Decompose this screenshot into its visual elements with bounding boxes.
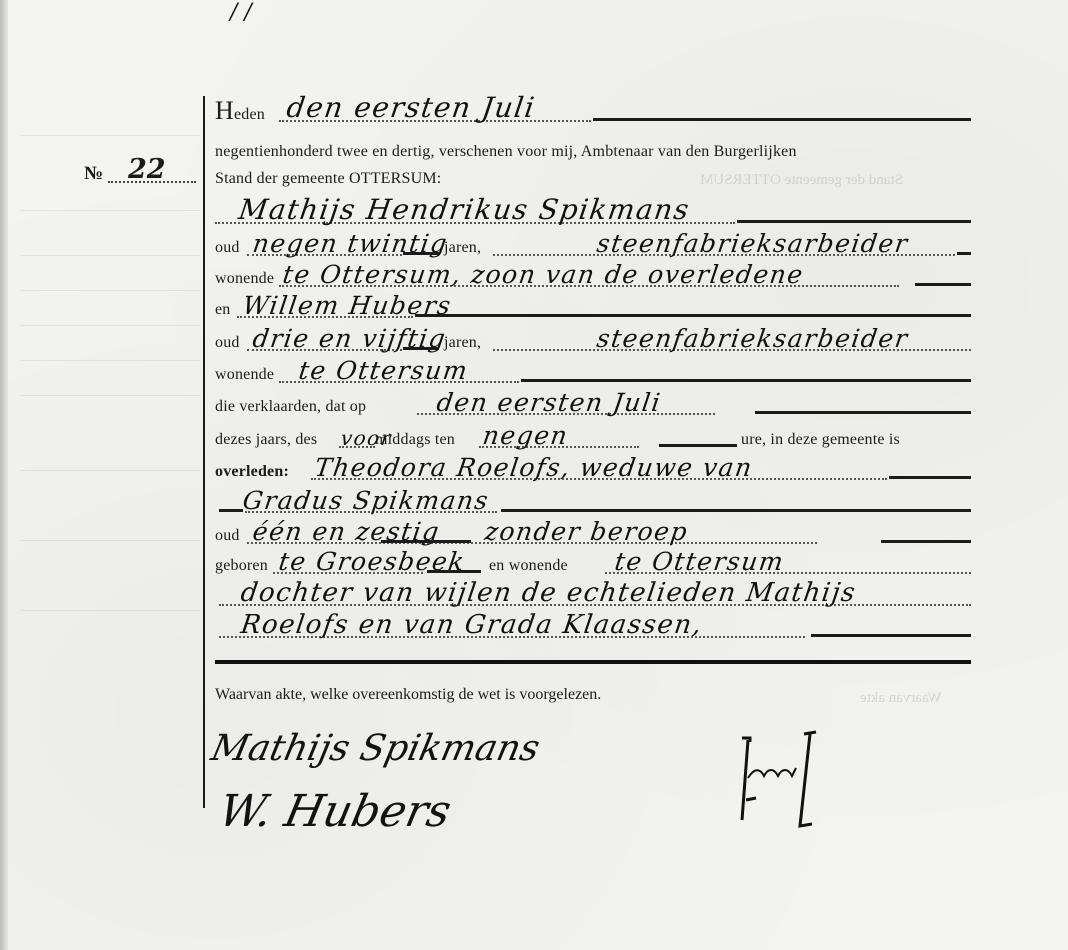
fill-line (219, 509, 243, 512)
margin-rule (203, 96, 205, 808)
printed-text: jaren, (444, 239, 481, 257)
line-parents-2: Roelofs en van Grada Klaassen, (215, 610, 971, 644)
handwritten-hour: negen (481, 421, 570, 450)
printed-text: wonende (215, 366, 274, 384)
fill-line (881, 540, 971, 543)
ghost-line (20, 540, 200, 541)
number-label: № (84, 163, 103, 185)
document-page: Stand der gemeente OTTERSUM Waarvan akte… (0, 0, 1068, 950)
ghost-line (20, 255, 200, 256)
ghost-line (20, 325, 200, 326)
fill-line (915, 283, 971, 286)
fill-line (737, 220, 971, 223)
signature-official: Tonnis (738, 728, 818, 828)
closing-statement: Waarvan akte, welke overeenkomstig de we… (215, 686, 601, 704)
fill-line (957, 252, 971, 255)
dotted-line (108, 181, 196, 183)
line-declared: die verklaarden, dat op den eersten Juli (215, 387, 971, 421)
fill-line (811, 634, 971, 637)
fill-line (659, 444, 737, 447)
handwritten-occupation: steenfabrieksarbeider (595, 324, 910, 353)
printed-text: overleden: (215, 463, 289, 481)
handwritten-occupation: zonder beroep (483, 517, 690, 546)
fill-line (593, 118, 971, 121)
line-age-1: oud negen twintig jaren, steenfabrieksar… (215, 228, 971, 262)
fill-line (501, 509, 971, 512)
top-handwriting-fragment: / / (230, 0, 252, 25)
line-residence-2: wonende te Ottersum (215, 355, 971, 389)
fill-line (521, 379, 971, 382)
fill-line (403, 347, 439, 350)
handwritten-residence: te Ottersum, zoon van de overledene (281, 260, 806, 289)
handwritten-occupation: steenfabrieksarbeider (595, 229, 910, 258)
official-signature-mark (738, 728, 818, 828)
handwritten-name: Mathijs Hendrikus Spikmans (237, 193, 692, 226)
printed-text: jaren, (444, 334, 481, 352)
ghost-line (20, 135, 200, 136)
line-residence-1: wonende te Ottersum, zoon van de overled… (215, 259, 971, 293)
printed-text: oud (215, 527, 240, 545)
handwritten-parents: dochter van wijlen de echtelieden Mathij… (239, 578, 858, 608)
printed-text: oud (215, 239, 240, 257)
printed-text: Stand der gemeente OTTERSUM: (215, 170, 441, 188)
line-deceased: overleden: Theodora Roelofs, weduwe van (215, 452, 971, 486)
line-declarant-1: Mathijs Hendrikus Spikmans (215, 196, 971, 230)
printed-heden: eden (234, 106, 265, 123)
handwritten-deceased-name: Theodora Roelofs, weduwe van (313, 453, 755, 482)
signature-declarant-2: W. Hubers (215, 786, 456, 837)
line-birthplace: geboren te Groesbeek en wonende te Otter… (215, 546, 971, 580)
fill-line (427, 570, 481, 573)
handwritten-residence: te Ottersum (613, 547, 786, 576)
signature-declarant-1: Mathijs Spikmans (208, 728, 544, 769)
handwritten-residence: te Ottersum (297, 356, 470, 385)
line-stand: Stand der gemeente OTTERSUM: (215, 159, 971, 193)
ghost-line (20, 210, 200, 211)
line-heden: Heden den eersten Juli (215, 94, 971, 128)
handwritten-date: den eersten Juli (285, 91, 538, 124)
printed-text: oud (215, 334, 240, 352)
printed-text: en wonende (489, 557, 568, 575)
ghost-line (20, 395, 200, 396)
line-time: dezes jaars, des voor middags ten negen … (215, 420, 971, 454)
handwritten-spouse-name: Gradus Spikmans (241, 486, 491, 515)
printed-text: geboren (215, 557, 268, 575)
line-age-deceased: oud één en zestig zonder beroep (215, 516, 971, 550)
fill-line (415, 314, 971, 317)
fill-line (403, 252, 439, 255)
printed-text: wonende (215, 270, 274, 288)
line-declarant-2: en Willem Hubers (215, 290, 971, 324)
ghost-line (20, 610, 200, 611)
printed-text: middags ten (375, 431, 455, 449)
printed-text: en (215, 301, 231, 319)
ghost-line (20, 360, 200, 361)
printed-text: ure, in deze gemeente is (741, 431, 900, 449)
line-age-2: oud drie en vijftig jaren, steenfabrieks… (215, 323, 971, 357)
printed-text: Heden (215, 96, 265, 126)
fill-line (889, 476, 971, 479)
line-parents-1: dochter van wijlen de echtelieden Mathij… (215, 578, 971, 612)
page-edge (0, 0, 8, 950)
printed-text: dezes jaars, des (215, 431, 317, 449)
ghost-text: Waarvan akte (860, 690, 942, 707)
closing-rule (215, 660, 971, 664)
ghost-line (20, 290, 200, 291)
fill-line (755, 411, 971, 414)
ghost-line (20, 470, 200, 471)
handwritten-parents: Roelofs en van Grada Klaassen, (239, 610, 705, 640)
line-spouse: Gradus Spikmans (215, 485, 971, 519)
printed-text: die verklaarden, dat op (215, 398, 366, 416)
handwritten-date: den eersten Juli (435, 388, 663, 417)
fill-line (381, 540, 471, 543)
